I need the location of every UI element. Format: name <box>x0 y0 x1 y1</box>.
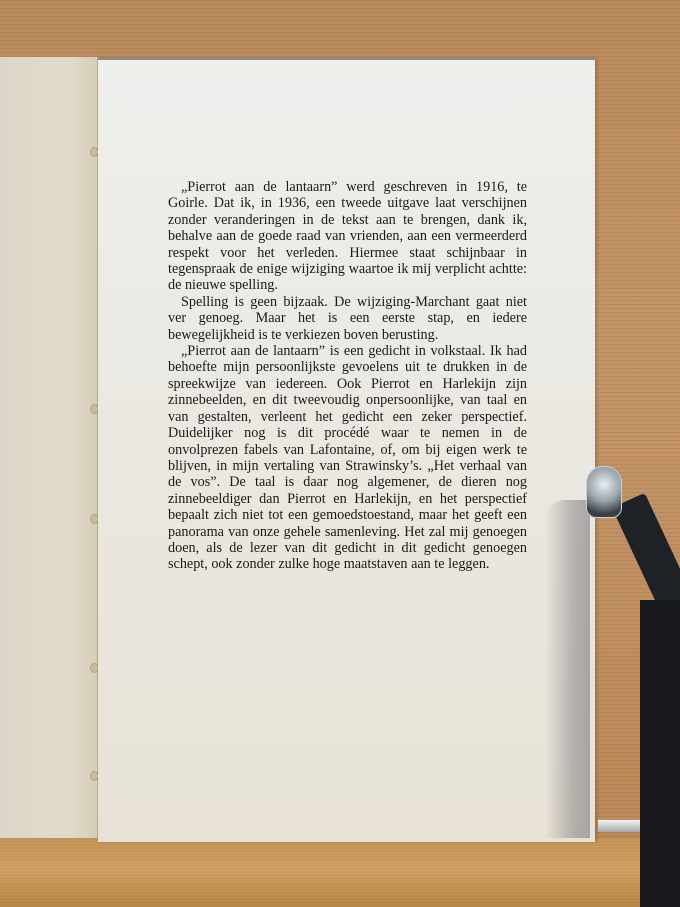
book-clip-stand <box>640 600 680 907</box>
page-text: „Pierrot aan de lantaarn” werd geschreve… <box>168 179 527 573</box>
binding-stitch <box>91 664 98 672</box>
binding-stitch <box>91 405 98 413</box>
binding-stitch <box>91 515 98 523</box>
left-page <box>0 57 98 838</box>
paragraph: Spelling is geen bijzaak. De wijziging-M… <box>168 294 527 343</box>
binding-stitch <box>91 772 98 780</box>
paragraph: „Pierrot aan de lantaarn” werd geschreve… <box>168 179 527 294</box>
paragraph: „Pierrot aan de lantaarn” is een gedicht… <box>168 343 527 573</box>
binding-stitch <box>91 148 98 156</box>
book-clip-icon <box>586 466 622 518</box>
metal-hinge <box>598 820 640 832</box>
clip-shadow <box>545 500 590 838</box>
wooden-shelf <box>0 838 680 907</box>
